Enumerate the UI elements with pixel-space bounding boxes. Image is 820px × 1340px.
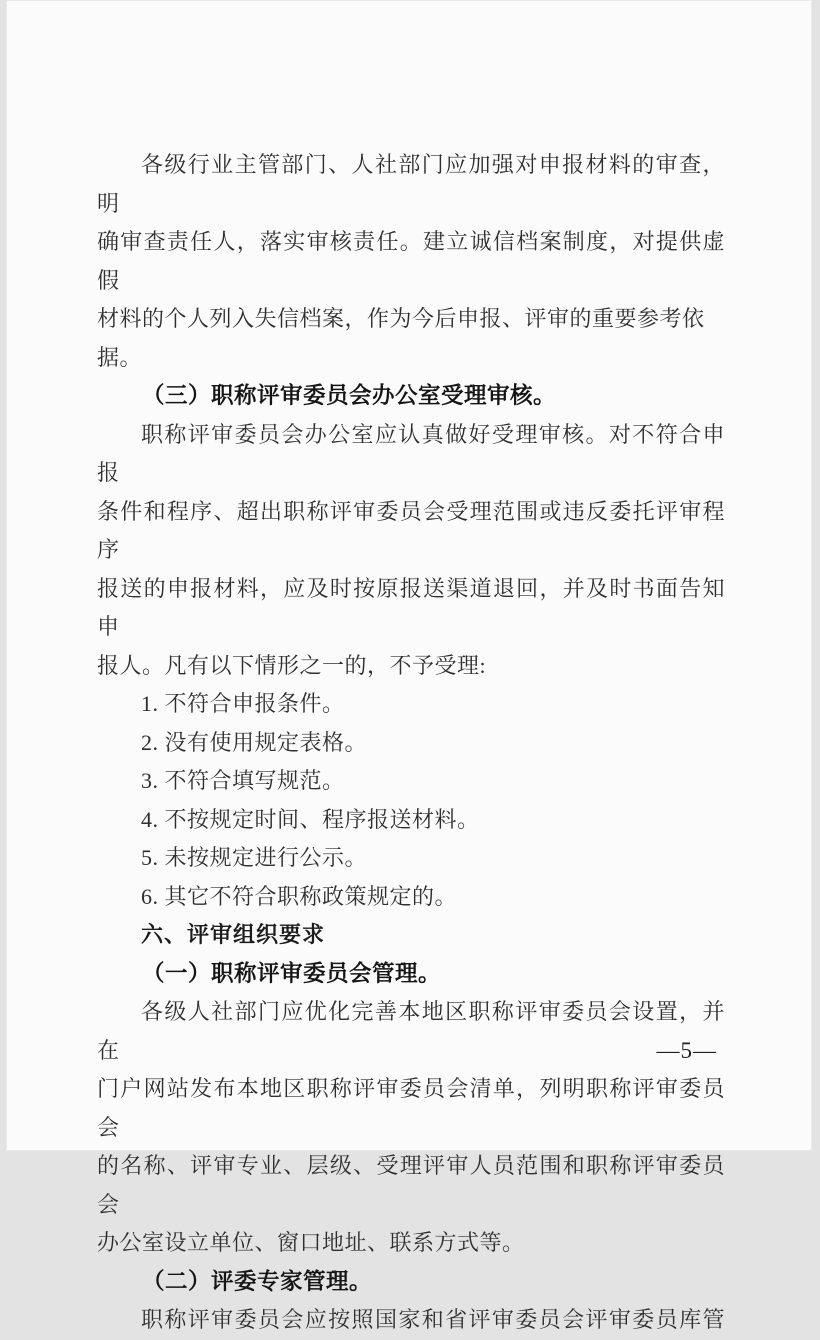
text-line: （一）职称评审委员会管理。 (97, 955, 725, 994)
text-line: 的名称、评审专业、层级、受理评审人员范围和职称评审委员会 (97, 1147, 725, 1159)
paragraph: 各级行业主管部门、人社部门应加强对申报材料的审查，明确审查责任人，落实审核责任。… (97, 146, 725, 377)
numbered-list: 1. 不符合申报条件。2. 没有使用规定表格。3. 不符合填写规范。4. 不按规… (97, 685, 725, 916)
text-line: 门户网站发布本地区职称评审委员会清单，列明职称评审委员会 (97, 1070, 725, 1147)
section-heading: （三）职称评审委员会办公室受理审核。 (97, 377, 725, 416)
text-line: 各级行业主管部门、人社部门应加强对申报材料的审查，明 (97, 146, 725, 223)
text-line: 材料的个人列入失信档案，作为今后申报、评审的重要参考依据。 (97, 300, 725, 377)
page-number: —5— (657, 1038, 718, 1064)
list-item: 4. 不按规定时间、程序报送材料。 (97, 801, 725, 840)
list-item: 3. 不符合填写规范。 (97, 762, 725, 801)
document-page: 各级行业主管部门、人社部门应加强对申报材料的审查，明确审查责任人，落实审核责任。… (6, 0, 812, 1151)
text-line: 确审查责任人，落实审核责任。建立诚信档案制度，对提供虚假 (97, 223, 725, 300)
paragraph: 职称评审委员会办公室应认真做好受理审核。对不符合申报条件和程序、超出职称评审委员… (97, 416, 725, 686)
text-line: 报送的申报材料，应及时按原报送渠道退回，并及时书面告知申 (97, 570, 725, 647)
text-line: （三）职称评审委员会办公室受理审核。 (97, 377, 725, 416)
text-line: 职称评审委员会办公室应认真做好受理审核。对不符合申报 (97, 416, 725, 493)
list-item: 2. 没有使用规定表格。 (97, 724, 725, 763)
text-line: 各级人社部门应优化完善本地区职称评审委员会设置，并在 (97, 993, 725, 1070)
text-line: 六、评审组织要求 (97, 916, 725, 955)
list-item: 5. 未按规定进行公示。 (97, 839, 725, 878)
chapter-heading: 六、评审组织要求 (97, 916, 725, 955)
text-line: 报人。凡有以下情形之一的，不予受理: (97, 647, 725, 686)
list-item: 1. 不符合申报条件。 (97, 685, 725, 724)
list-item: 6. 其它不符合职称政策规定的。 (97, 878, 725, 917)
text-line: 条件和程序、超出职称评审委员会受理范围或违反委托评审程序 (97, 493, 725, 570)
document-body: 各级行业主管部门、人社部门应加强对申报材料的审查，明确审查责任人，落实审核责任。… (97, 146, 725, 1159)
paragraph: 各级人社部门应优化完善本地区职称评审委员会设置，并在门户网站发布本地区职称评审委… (97, 993, 725, 1159)
section-heading: （一）职称评审委员会管理。 (97, 955, 725, 994)
